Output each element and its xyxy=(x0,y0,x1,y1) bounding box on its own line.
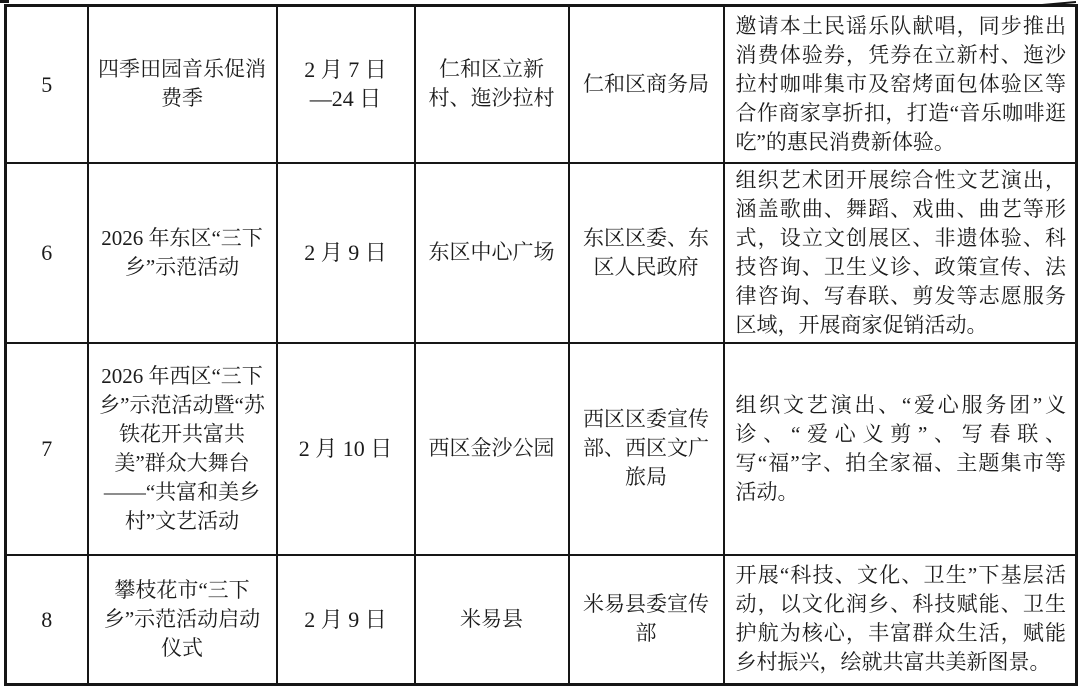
organizer-cell: 东区区委、东区人民政府 xyxy=(569,163,724,343)
description-cell: 组织文艺演出、“爱心服务团”义诊、“爱心义剪”、写春联、写“福”字、拍全家福、主… xyxy=(724,343,1077,555)
activity-name-cell: 攀枝花市“三下乡”示范活动启动仪式 xyxy=(88,555,277,685)
organizer-cell: 仁和区商务局 xyxy=(569,6,724,163)
description-cell: 开展“科技、文化、卫生”下基层活动，以文化润乡、科技赋能、卫生护航为核心，丰富群… xyxy=(724,555,1077,685)
events-table: 5 四季田园音乐促消费季 2 月 7 日 —24 日 仁和区立新村、迤沙拉村 仁… xyxy=(4,4,1078,686)
location-cell: 东区中心广场 xyxy=(415,163,569,343)
organizer-cell: 西区区委宣传部、西区文广旅局 xyxy=(569,343,724,555)
table-row: 8 攀枝花市“三下乡”示范活动启动仪式 2 月 9 日 米易县 米易县委宣传部 … xyxy=(6,555,1077,685)
activity-name-cell: 2026 年东区“三下乡”示范活动 xyxy=(88,163,277,343)
activity-name-cell: 四季田园音乐促消费季 xyxy=(88,6,277,163)
date-cell: 2 月 10 日 xyxy=(277,343,415,555)
description-cell: 组织艺术团开展综合性文艺演出，涵盖歌曲、舞蹈、戏曲、曲艺等形式，设立文创展区、非… xyxy=(724,163,1077,343)
table-row: 6 2026 年东区“三下乡”示范活动 2 月 9 日 东区中心广场 东区区委、… xyxy=(6,163,1077,343)
table-row: 7 2026 年西区“三下乡”示范活动暨“苏铁花开共富共美”群众大舞台——“共富… xyxy=(6,343,1077,555)
organizer-cell: 米易县委宣传部 xyxy=(569,555,724,685)
row-number-cell: 7 xyxy=(6,343,88,555)
table-row: 5 四季田园音乐促消费季 2 月 7 日 —24 日 仁和区立新村、迤沙拉村 仁… xyxy=(6,6,1077,163)
location-cell: 仁和区立新村、迤沙拉村 xyxy=(415,6,569,163)
location-cell: 米易县 xyxy=(415,555,569,685)
date-cell: 2 月 7 日 —24 日 xyxy=(277,6,415,163)
scan-artifact-top-left xyxy=(0,0,9,3)
date-cell: 2 月 9 日 xyxy=(277,163,415,343)
activity-name-cell: 2026 年西区“三下乡”示范活动暨“苏铁花开共富共美”群众大舞台——“共富和美… xyxy=(88,343,277,555)
description-cell: 邀请本土民谣乐队献唱，同步推出消费体验券，凭券在立新村、迤沙拉村咖啡集市及窑烤面… xyxy=(724,6,1077,163)
row-number-cell: 6 xyxy=(6,163,88,343)
location-cell: 西区金沙公园 xyxy=(415,343,569,555)
row-number-cell: 5 xyxy=(6,6,88,163)
row-number-cell: 8 xyxy=(6,555,88,685)
date-cell: 2 月 9 日 xyxy=(277,555,415,685)
